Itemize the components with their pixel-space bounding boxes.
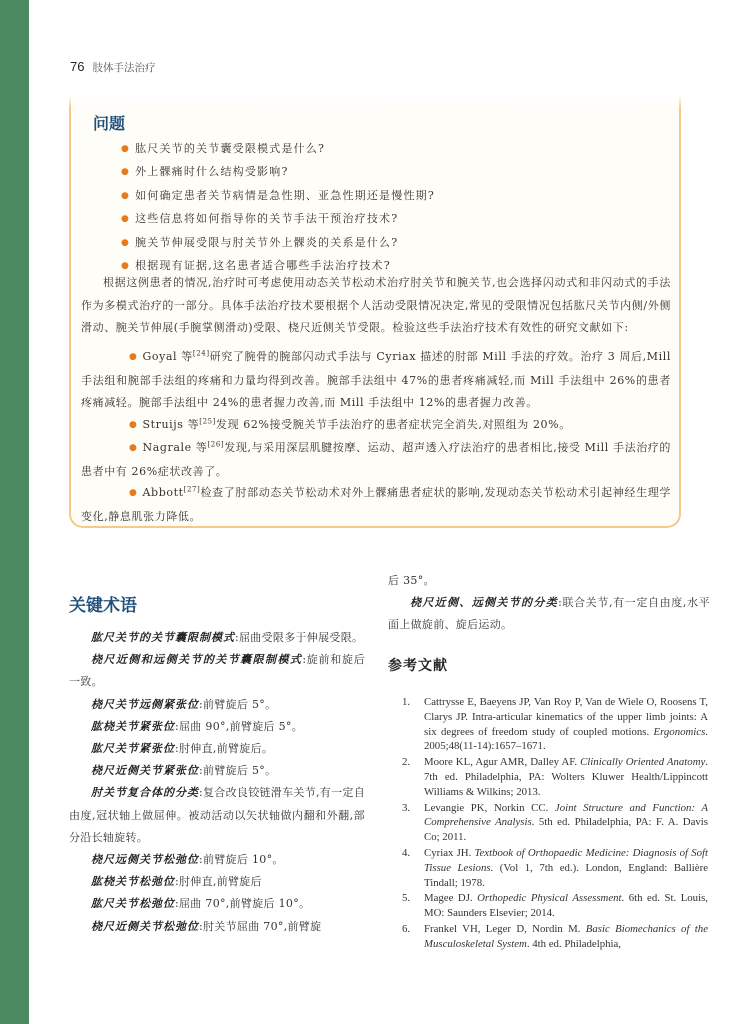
bullet-icon: ● bbox=[129, 420, 137, 430]
key-terms-heading: 关键术语 bbox=[69, 591, 137, 616]
evidence-struijs: ●Struijs 等[25]发现 62%接受腕关节手法治疗的患者症状完全消失,对… bbox=[81, 414, 671, 438]
citation-ref: [27] bbox=[184, 485, 201, 493]
page-number: 76 bbox=[70, 59, 84, 74]
intro-paragraph: 根据这例患者的情况,治疗时可考虑使用动态关节松动术治疗肘关节和腕关节,也会选择闪… bbox=[81, 272, 671, 340]
bullet-icon: ● bbox=[121, 261, 130, 271]
bullet-icon: ● bbox=[121, 167, 130, 177]
key-term-item: 肘关节复合体的分类:复合改良铰链滑车关节,有一定自由度,冠状轴上做屈伸。被动活动… bbox=[69, 782, 365, 849]
key-term-item: 桡尺近侧、远侧关节的分类:联合关节,有一定自由度,水平面上做旋前、旋后运动。 bbox=[388, 592, 710, 636]
key-term-item: 肱尺关节的关节囊限制模式:屈曲受限多于伸展受限。 bbox=[69, 627, 365, 649]
reference-item: 5.Magee DJ. Orthopedic Physical Assessme… bbox=[402, 891, 708, 921]
key-terms-list: 肱尺关节的关节囊限制模式:屈曲受限多于伸展受限。 桡尺近侧和远侧关节的关节囊限制… bbox=[69, 627, 365, 938]
questions-list: ●肱尺关节的关节囊受限模式是什么? ●外上髁痛时什么结构受影响? ●如何确定患者… bbox=[121, 138, 435, 278]
citation-ref: [26] bbox=[207, 440, 224, 448]
key-term-item: 桡尺近侧关节紧张位:前臂旋后 5°。 bbox=[69, 760, 365, 782]
key-term-item: 肱桡关节紧张位:屈曲 90°,前臂旋后 5°。 bbox=[69, 716, 365, 738]
bullet-icon: ● bbox=[129, 352, 137, 362]
reference-item: 6.Frankel VH, Leger D, Nordin M. Basic B… bbox=[402, 922, 708, 952]
bullet-icon: ● bbox=[129, 443, 137, 453]
bullet-icon: ● bbox=[121, 238, 130, 248]
question-item: ●如何确定患者关节病情是急性期、亚急性期还是慢性期? bbox=[121, 185, 435, 208]
key-term-item: 肱尺关节紧张位:肘伸直,前臂旋后。 bbox=[69, 738, 365, 760]
reference-item: 4.Cyriax JH. Textbook of Orthopaedic Med… bbox=[402, 846, 708, 890]
key-term-item: 桡尺远侧关节松弛位:前臂旋后 10°。 bbox=[69, 849, 365, 871]
references-list: 1.Cattrysse E, Baeyens JP, Van Roy P, Va… bbox=[402, 695, 708, 953]
page-edge-band bbox=[0, 0, 29, 1024]
evidence-abbott: ●Abbott[27]检查了肘部动态关节松动术对外上髁痛患者症状的影响,发现动态… bbox=[81, 482, 671, 528]
references-heading: 参考文献 bbox=[388, 655, 448, 675]
key-term-continuation: 后 35°。 bbox=[388, 570, 710, 592]
key-term-item: 桡尺近侧和远侧关节的关节囊限制模式:旋前和旋后一致。 bbox=[69, 649, 365, 693]
citation-ref: [24] bbox=[193, 349, 210, 357]
key-term-item: 肱桡关节松弛位:肘伸直,前臂旋后 bbox=[69, 871, 365, 893]
reference-item: 1.Cattrysse E, Baeyens JP, Van Roy P, Va… bbox=[402, 695, 708, 754]
citation-ref: [25] bbox=[199, 417, 216, 425]
bullet-icon: ● bbox=[121, 214, 130, 224]
bullet-icon: ● bbox=[121, 144, 130, 154]
right-column: 后 35°。 桡尺近侧、远侧关节的分类:联合关节,有一定自由度,水平面上做旋前、… bbox=[388, 570, 710, 637]
reference-item: 3.Levangie PK, Norkin CC. Joint Structur… bbox=[402, 801, 708, 845]
key-term-item: 桡尺近侧关节松弛位:肘关节屈曲 70°,前臂旋 bbox=[69, 916, 365, 938]
question-item: ●这些信息将如何指导你的关节手法干预治疗技术? bbox=[121, 208, 435, 231]
questions-heading: 问题 bbox=[93, 111, 125, 134]
bullet-icon: ● bbox=[121, 191, 130, 201]
key-term-item: 肱尺关节松弛位:屈曲 70°,前臂旋后 10°。 bbox=[69, 893, 365, 915]
key-term-item: 桡尺关节远侧紧张位:前臂旋后 5°。 bbox=[69, 694, 365, 716]
question-item: ●肱尺关节的关节囊受限模式是什么? bbox=[121, 138, 435, 161]
question-item: ●外上髁痛时什么结构受影响? bbox=[121, 161, 435, 184]
evidence-nagrale: ●Nagrale 等[26]发现,与采用深层肌腱按摩、运动、超声透入疗法治疗的患… bbox=[81, 437, 671, 483]
question-item: ●腕关节伸展受限与肘关节外上髁炎的关系是什么? bbox=[121, 232, 435, 255]
reference-item: 2.Moore KL, Agur AMR, Dalley AF. Clinica… bbox=[402, 755, 708, 799]
questions-box: 问题 ●肱尺关节的关节囊受限模式是什么? ●外上髁痛时什么结构受影响? ●如何确… bbox=[69, 96, 681, 528]
book-title: 肢体手法治疗 bbox=[92, 60, 155, 75]
bullet-icon: ● bbox=[129, 488, 138, 498]
running-header: 76 肢体手法治疗 bbox=[70, 59, 155, 75]
evidence-goyal: ●Goyal 等[24]研究了腕骨的腕部闪动式手法与 Cyriax 描述的肘部 … bbox=[81, 346, 671, 415]
